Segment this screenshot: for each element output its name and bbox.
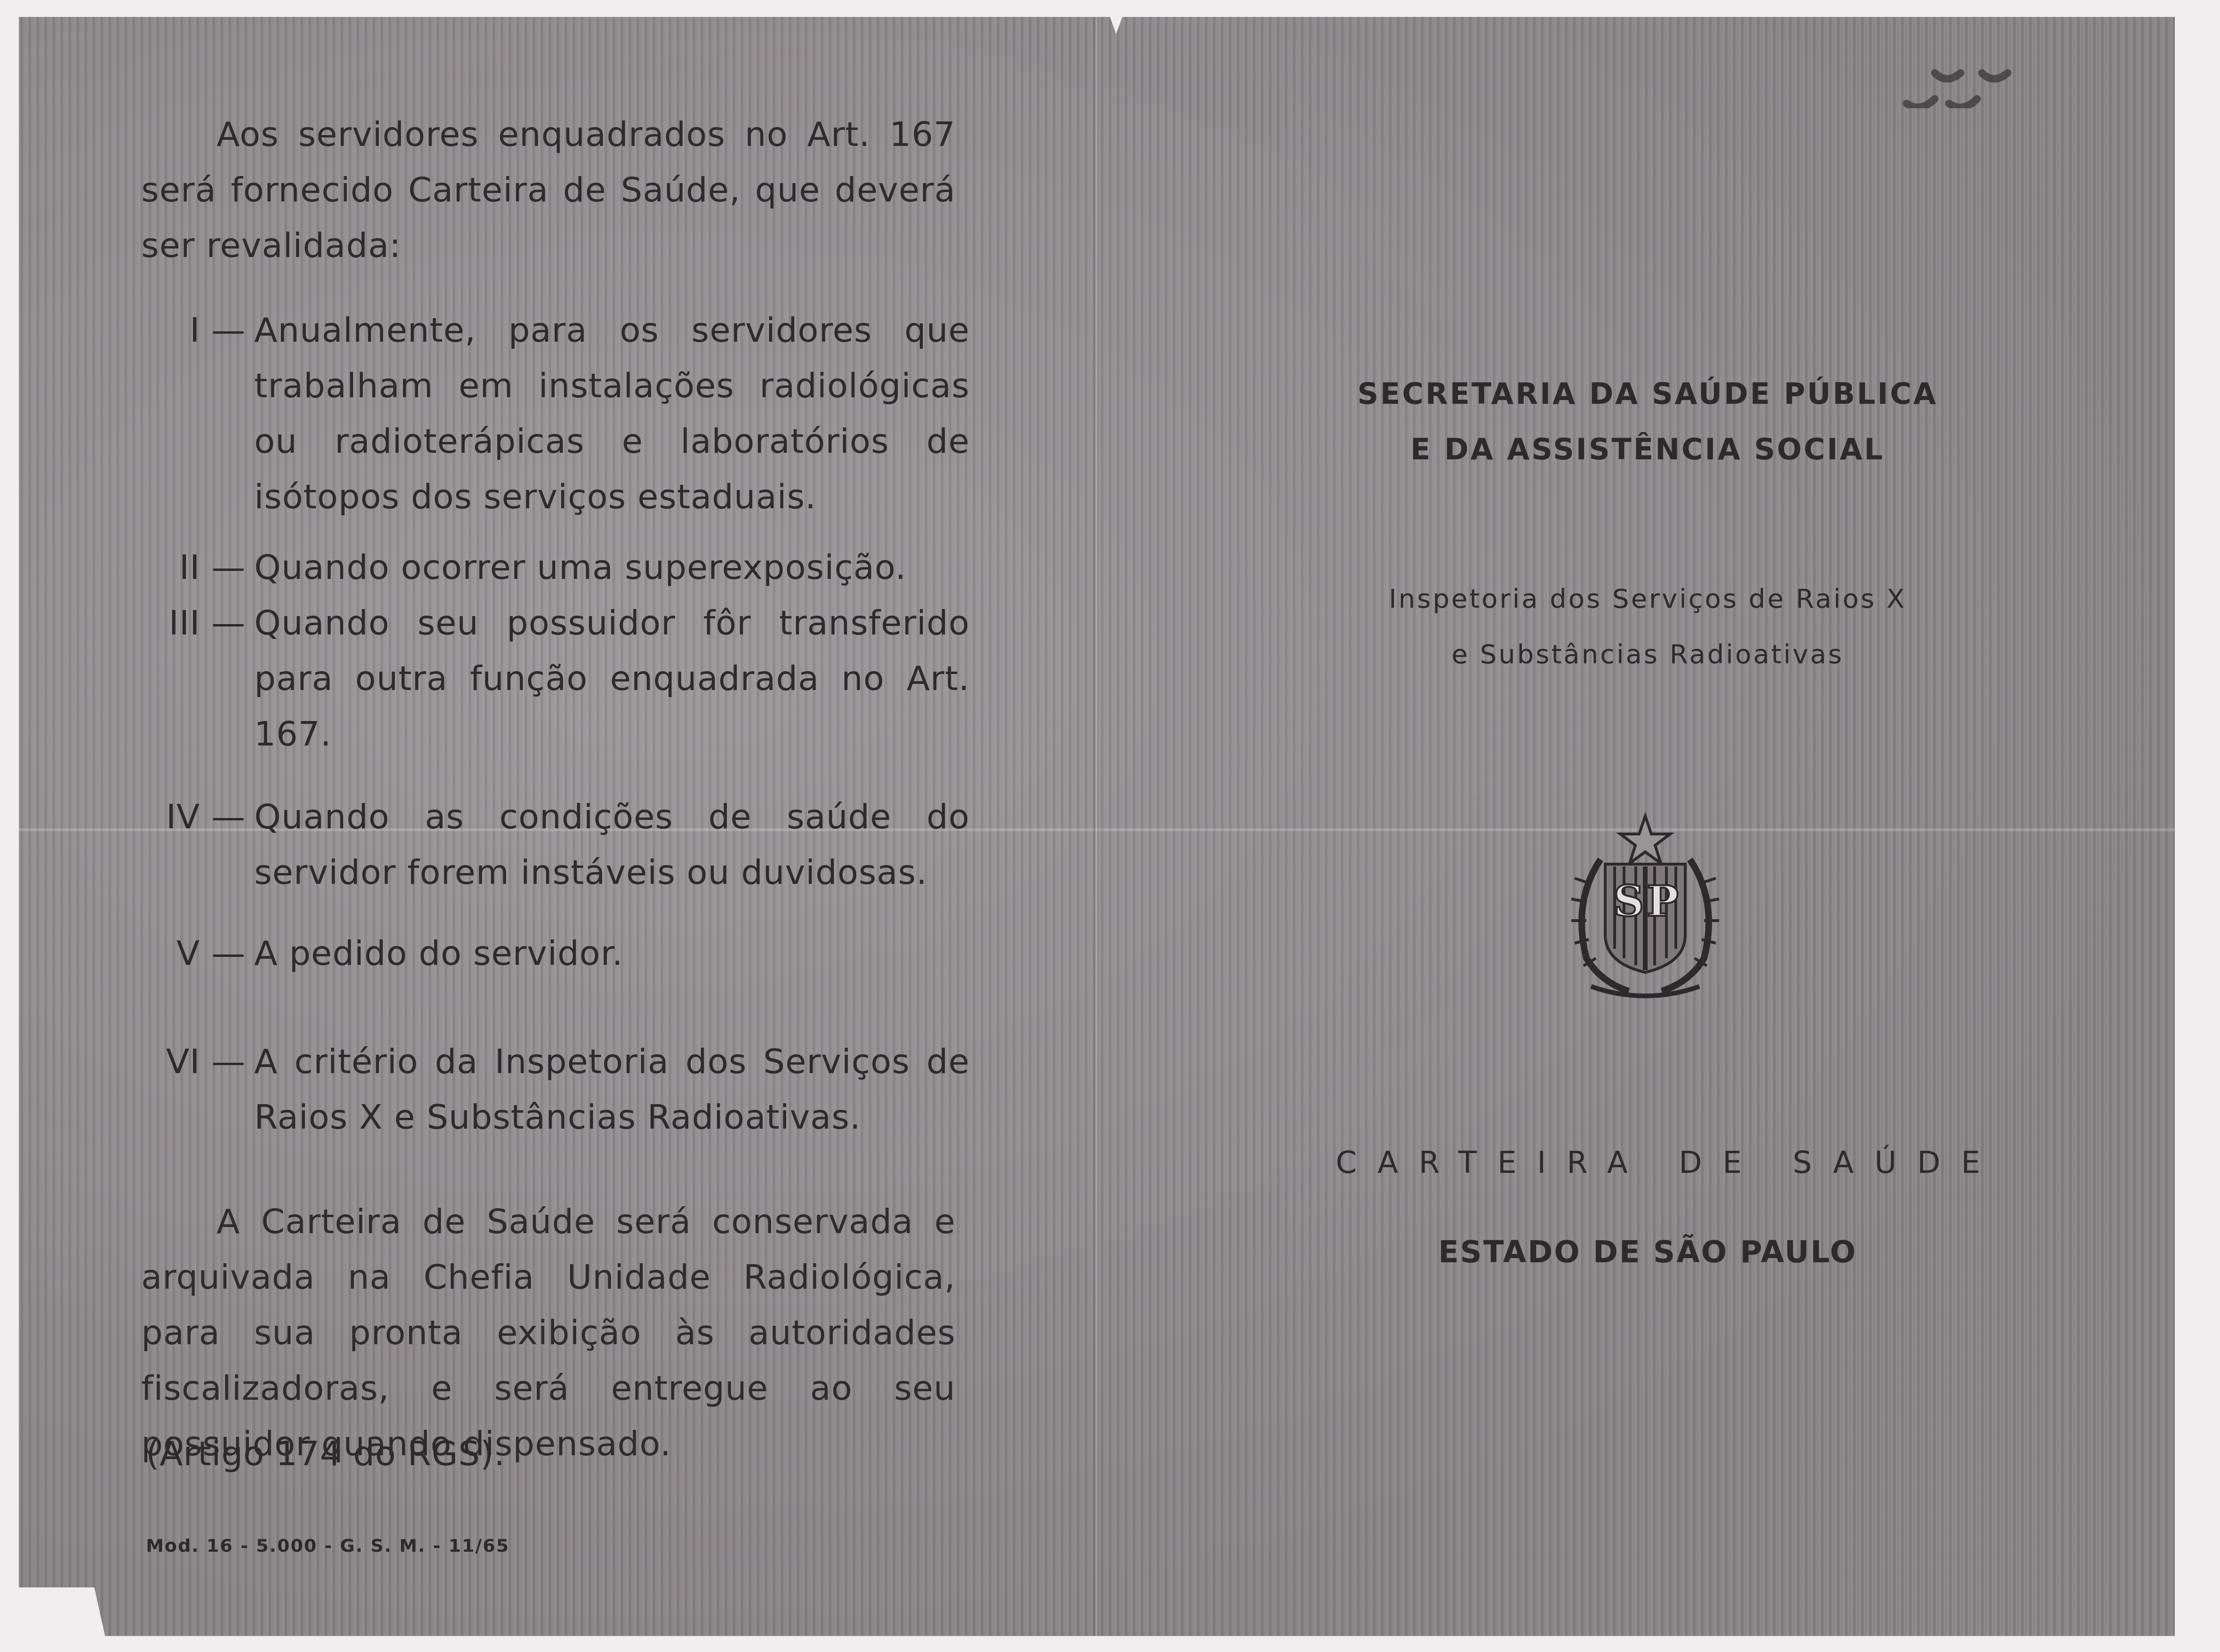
right-page: SECRETARIA DA SAÚDE PÚBLICA E DA ASSISTÊ… [1290,17,2005,1636]
revalidation-item: V — A pedido do servidor. [141,925,970,981]
revalidation-item: IV — Quando as condições de saúde do ser… [141,789,970,900]
item-number: I — [141,302,254,524]
secretaria-heading: SECRETARIA DA SAÚDE PÚBLICA E DA ASSISTÊ… [1290,366,2005,477]
card-title: CARTEIRA DE SAÚDE [1290,1146,2026,1180]
svg-text:P: P [1647,876,1679,926]
item-text: Quando as condições de saúde do servidor… [254,789,970,900]
revalidation-item: II — Quando ocorrer uma superexposição. [141,539,970,595]
svg-text:S: S [1614,876,1644,926]
item-number: VI — [141,1034,254,1145]
item-text: A critério da Inspetoria dos Serviços de… [254,1034,970,1145]
print-mark: Mod. 16 - 5.000 - G. S. M. - 11/65 [146,1535,509,1556]
state-name: ESTADO DE SÃO PAULO [1290,1235,2005,1270]
revalidation-item: VI — A critério da Inspetoria dos Serviç… [141,1034,970,1145]
revalidation-item: III — Quando seu possuidor fôr transferi… [141,595,970,762]
inspetoria-heading: Inspetoria dos Serviços de Raios X e Sub… [1290,571,2005,682]
legal-citation: (Artigo 174 do RGS). [146,1434,505,1473]
center-fold [1094,17,1099,1636]
revalidation-item: I — Anualmente, para os servidores que t… [141,302,970,524]
item-number: II — [141,539,254,595]
intro-paragraph: Aos servidores enquadrados no Art. 167 s… [141,106,956,273]
item-text: Quando seu possuidor fôr transferido par… [254,595,970,762]
item-text: Anualmente, para os servidores que traba… [254,302,970,524]
item-number: III — [141,595,254,762]
inspetoria-line-1: Inspetoria dos Serviços de Raios X [1290,571,2005,627]
left-page: Aos servidores enquadrados no Art. 167 s… [141,17,970,1636]
fold-notch [1109,13,1124,34]
inspetoria-line-2: e Substâncias Radioativas [1290,627,2005,682]
ink-smudge-icon [1897,52,2052,108]
coat-of-arms-icon: S P SP [1544,808,1746,1005]
secretaria-line-1: SECRETARIA DA SAÚDE PÚBLICA [1290,366,2005,422]
closing-paragraph: A Carteira de Saúde será conservada e ar… [141,1194,956,1471]
secretaria-line-2: E DA ASSISTÊNCIA SOCIAL [1290,422,2005,477]
item-number: V — [141,925,254,981]
item-number: IV — [141,789,254,900]
item-text: A pedido do servidor. [254,925,970,981]
item-text: Quando ocorrer uma superexposição. [254,539,970,595]
